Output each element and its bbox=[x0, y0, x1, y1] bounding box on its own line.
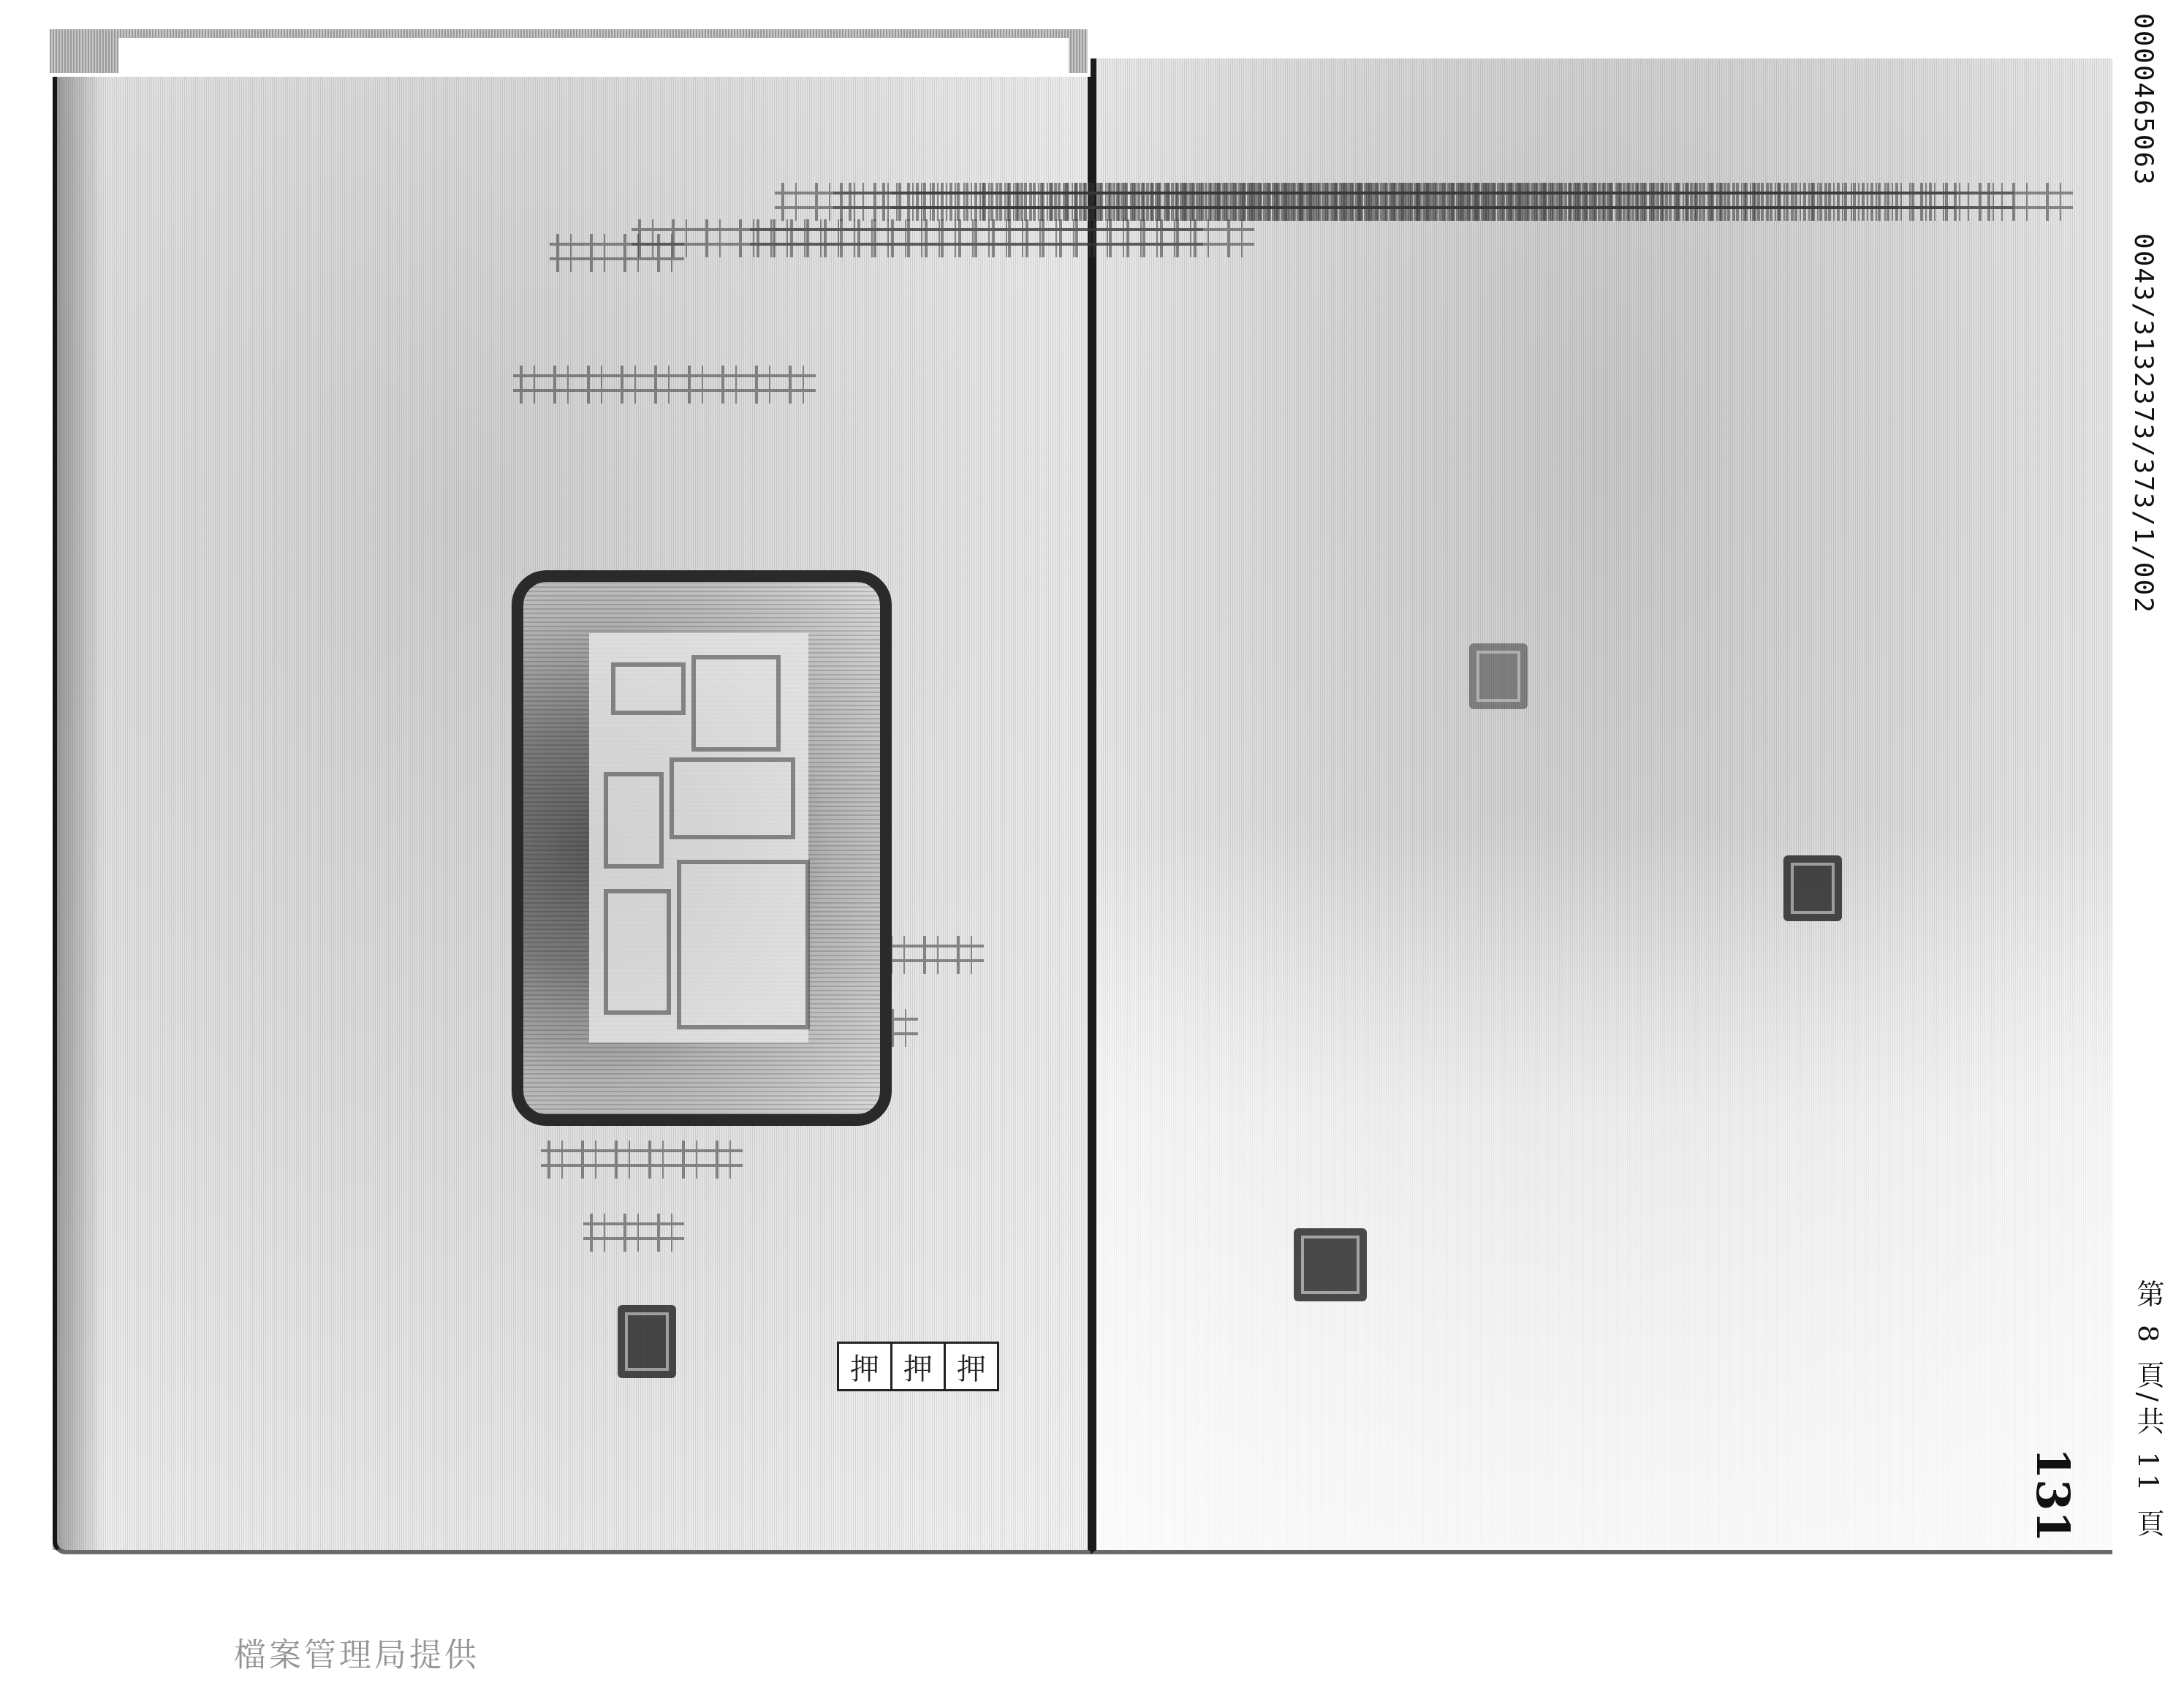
handwriting-column bbox=[1330, 183, 1371, 235]
seal-glyph-stroke bbox=[604, 889, 671, 1015]
handwriting-column bbox=[1389, 183, 1430, 235]
archive-id: 0000465063 bbox=[2128, 13, 2158, 186]
seal-glyph-stroke bbox=[604, 772, 664, 869]
handwriting-column bbox=[1162, 219, 1203, 272]
binding-shadow bbox=[53, 77, 104, 1550]
handwriting-column bbox=[1564, 183, 1605, 235]
reference-code: 0043/3132373/373/1/002 bbox=[2128, 233, 2158, 614]
seal-glyph-stroke bbox=[677, 860, 810, 1029]
right-page bbox=[1091, 58, 2112, 1554]
handwriting-column bbox=[643, 1214, 684, 1266]
seal-mark: 押 bbox=[944, 1344, 997, 1389]
handwriting-column bbox=[1213, 219, 1254, 272]
handwriting-column bbox=[702, 1141, 743, 1193]
large-square-official-seal-icon bbox=[512, 570, 892, 1126]
provider-footer: 檔案管理局提供 bbox=[234, 1629, 479, 1676]
small-square-seal-icon bbox=[1294, 1228, 1367, 1301]
handwriting-column bbox=[775, 366, 816, 418]
handwriting-column bbox=[1681, 183, 1722, 235]
seal-glyph-stroke bbox=[691, 655, 781, 752]
small-square-seal-icon bbox=[1469, 643, 1528, 709]
handwriting-column bbox=[1506, 183, 1547, 235]
handwriting-column bbox=[1857, 183, 1897, 235]
seal-mark: 押 bbox=[839, 1344, 890, 1389]
small-square-seal-icon bbox=[1783, 855, 1842, 921]
stamped-page-number: 131 bbox=[2026, 1448, 2079, 1542]
handwriting-column bbox=[2032, 183, 2073, 235]
handwriting-column bbox=[1798, 183, 1839, 235]
handwriting-column bbox=[1740, 183, 1781, 235]
scan-fade bbox=[1096, 826, 2112, 1550]
top-paper-gap bbox=[118, 38, 1069, 76]
handwriting-column bbox=[1915, 183, 1956, 235]
page-indicator: 第 8 頁/共 11 頁 bbox=[2128, 1279, 2169, 1541]
handwriting-column bbox=[943, 936, 984, 988]
handwriting-column bbox=[1623, 183, 1664, 235]
seal-glyph-stroke bbox=[611, 662, 686, 715]
signature-seal-marks: 押 押 押 bbox=[837, 1342, 999, 1391]
archive-id-annotation: 00004650630043/3132373/373/1/002 bbox=[2128, 13, 2158, 614]
seal-mark: 押 bbox=[890, 1344, 944, 1389]
small-square-seal-icon bbox=[618, 1305, 676, 1378]
handwriting-column bbox=[1973, 183, 2014, 235]
seal-glyph-stroke bbox=[670, 757, 795, 839]
handwriting-column bbox=[1272, 183, 1313, 235]
handwriting-column bbox=[1447, 183, 1488, 235]
